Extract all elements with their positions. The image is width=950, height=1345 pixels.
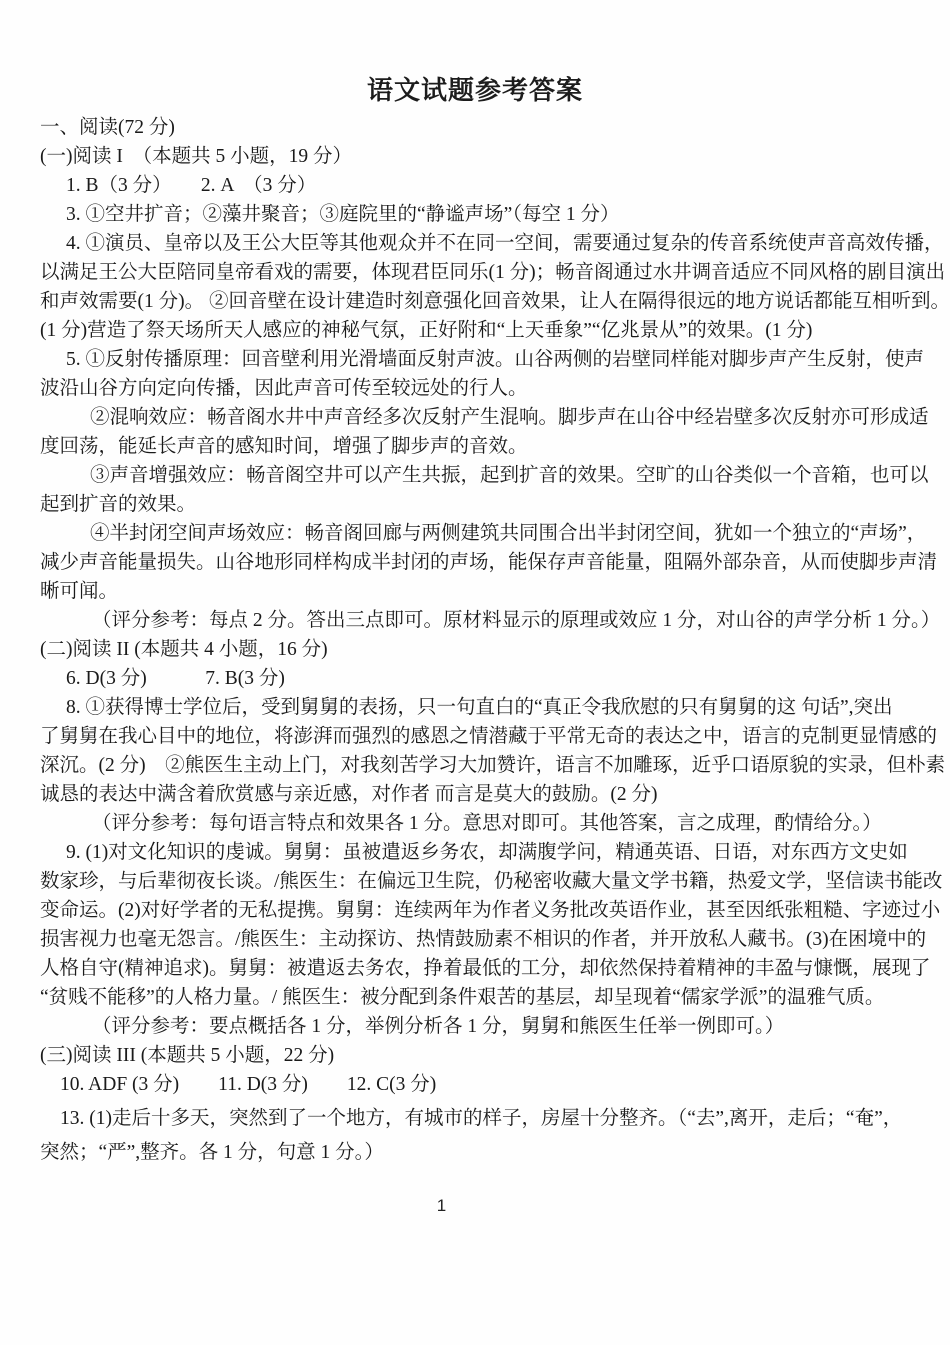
text-line: (三)阅读 III (本题共 5 小题，22 分)	[40, 1041, 912, 1070]
text-line: 5. ①反射传播原理：回音壁利用光滑墙面反射声波。山谷两侧的岩壁同样能对脚步声产…	[40, 345, 912, 374]
text-line: 3. ①空井扩音；②藻井聚音；③庭院里的“静谧声场”（每空 1 分）	[40, 200, 912, 229]
text-line: 突然；“严”,整齐。各 1 分，句意 1 分。）	[40, 1138, 912, 1167]
text-line: 数家珍，与后辈彻夜长谈。/熊医生：在偏远卫生院，仍秘密收藏大量文学书籍，热爱文学…	[40, 867, 912, 896]
text-line: 减少声音能量损失。山谷地形同样构成半封闭的声场，能保存声音能量，阻隔外部杂音，从…	[40, 548, 912, 577]
text-line: 深沉。(2 分) ②熊医生主动上门，对我刻苦学习大加赞许，语言不加雕琢，近乎口语…	[40, 751, 912, 780]
text-line: 起到扩音的效果。	[40, 490, 912, 519]
text-line: 13. (1)走后十多天，突然到了一个地方，有城市的样子，房屋十分整齐。（“去”…	[40, 1104, 912, 1133]
text-line: 了舅舅在我心目中的地位，将澎湃而强烈的感恩之情潜藏于平常无奇的表达之中，语言的克…	[40, 722, 912, 751]
text-line: 度回荡，能延长声音的感知时间，增强了脚步声的音效。	[40, 432, 912, 461]
text-line: (二)阅读 II (本题共 4 小题，16 分)	[40, 635, 912, 664]
text-line: “贫贱不能移”的人格力量。/ 熊医生：被分配到条件艰苦的基层，却呈现着“儒家学派…	[40, 983, 912, 1012]
document-page: 语文试题参考答案 一、阅读(72 分)(一)阅读 I （本题共 5 小题，19 …	[0, 0, 950, 1345]
text-line: 人格自守(精神追求)。舅舅：被遣返去务农，挣着最低的工分，却依然保持着精神的丰盈…	[40, 954, 912, 983]
page-number: 1	[0, 1196, 883, 1216]
text-line: 一、阅读(72 分)	[40, 113, 912, 142]
text-line: ④半封闭空间声场效应：畅音阁回廊与两侧建筑共同围合出半封闭空间，犹如一个独立的“…	[40, 519, 912, 548]
text-line: ②混响效应：畅音阁水井中声音经多次反射产生混响。脚步声在山谷中经岩壁多次反射亦可…	[40, 403, 912, 432]
text-line: 8. ①获得博士学位后，受到舅舅的表扬，只一句直白的“真正令我欣慰的只有舅舅的这…	[40, 693, 912, 722]
text-line: 和声效需要(1 分)。 ②回音壁在设计建造时刻意强化回音效果，让人在隔得很远的地…	[40, 287, 912, 316]
text-line: 1. B（3 分） 2. A （3 分）	[40, 171, 912, 200]
text-line: 波沿山谷方向定向传播，因此声音可传至较远处的行人。	[40, 374, 912, 403]
text-line: 10. ADF (3 分) 11. D(3 分) 12. C(3 分)	[40, 1070, 912, 1099]
text-line: (1 分)营造了祭天场所天人感应的神秘气氛，正好附和“上天垂象”“亿兆景从”的效…	[40, 316, 912, 345]
text-line: （评分参考：每点 2 分。答出三点即可。原材料显示的原理或效应 1 分，对山谷的…	[40, 606, 912, 635]
text-line: 晰可闻。	[40, 577, 912, 606]
text-line: ③声音增强效应：畅音阁空井可以产生共振，起到扩音的效果。空旷的山谷类似一个音箱，…	[40, 461, 912, 490]
document-title: 语文试题参考答案	[0, 70, 950, 107]
text-line: 损害视力也毫无怨言。/熊医生：主动探访、热情鼓励素不相识的作者，并开放私人藏书。…	[40, 925, 912, 954]
text-line: 变命运。(2)对好学者的无私提携。舅舅：连续两年为作者义务批改英语作业，甚至因纸…	[40, 896, 912, 925]
text-line: 以满足王公大臣陪同皇帝看戏的需要，体现君臣同乐(1 分)；畅音阁通过水井调音适应…	[40, 258, 912, 287]
text-line: 6. D(3 分) 7. B(3 分)	[40, 664, 912, 693]
text-line: 9. (1)对文化知识的虔诚。舅舅：虽被遣返乡务农，却满腹学问，精通英语、日语，…	[40, 838, 912, 867]
text-line: 诚恳的表达中满含着欣赏感与亲近感，对作者 而言是莫大的鼓励。(2 分)	[40, 780, 912, 809]
text-line: （评分参考：要点概括各 1 分，举例分析各 1 分，舅舅和熊医生任举一例即可。）	[40, 1012, 912, 1041]
text-line: 4. ①演员、皇帝以及王公大臣等其他观众并不在同一空间，需要通过复杂的传音系统使…	[40, 229, 912, 258]
answer-lines: 一、阅读(72 分)(一)阅读 I （本题共 5 小题，19 分）1. B（3 …	[40, 113, 912, 1167]
text-line: (一)阅读 I （本题共 5 小题，19 分）	[40, 142, 912, 171]
text-line: （评分参考：每句语言特点和效果各 1 分。意思对即可。其他答案，言之成理，酌情给…	[40, 809, 912, 838]
